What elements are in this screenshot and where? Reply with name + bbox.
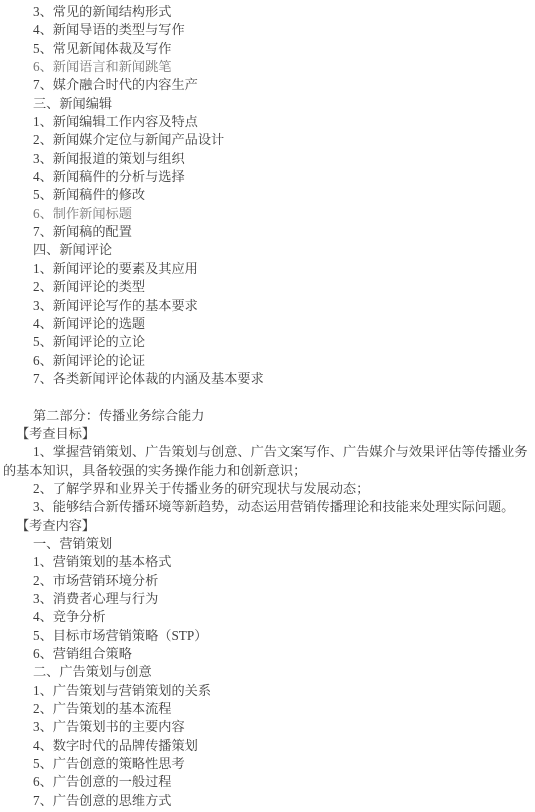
document-line: 1、新闻评论的要素及其应用 [0, 260, 535, 278]
document-line: 6、营销组合策略 [0, 645, 535, 663]
document-line: 5、常见新闻体裁及写作 [0, 40, 535, 58]
document-line: 【考查内容】 [0, 517, 535, 535]
document-line: 的基本知识，具备较强的实务操作能力和创新意识； [0, 462, 535, 480]
document-line: 3、常见的新闻结构形式 [0, 3, 535, 21]
document-line: 4、新闻导语的类型与写作 [0, 21, 535, 39]
document-body: 3、常见的新闻结构形式4、新闻导语的类型与写作5、常见新闻体裁及写作6、新闻语言… [0, 3, 535, 810]
document-page: 3、常见的新闻结构形式4、新闻导语的类型与写作5、常见新闻体裁及写作6、新闻语言… [0, 0, 535, 812]
blank-line [0, 388, 535, 406]
document-line: 1、营销策划的基本格式 [0, 553, 535, 571]
document-line: 1、新闻编辑工作内容及特点 [0, 113, 535, 131]
document-line: 5、新闻稿件的修改 [0, 186, 535, 204]
document-line: 7、广告创意的思维方式 [0, 792, 535, 810]
document-line: 1、广告策划与营销策划的关系 [0, 682, 535, 700]
document-line: 三、新闻编辑 [0, 95, 535, 113]
document-line: 2、新闻媒介定位与新闻产品设计 [0, 131, 535, 149]
document-line: 3、新闻评论写作的基本要求 [0, 297, 535, 315]
document-line: 3、消费者心理与行为 [0, 590, 535, 608]
document-line: 6、新闻评论的论证 [0, 352, 535, 370]
document-line: 2、市场营销环境分析 [0, 572, 535, 590]
document-line: 7、各类新闻评论体裁的内涵及基本要求 [0, 370, 535, 388]
document-line: 4、竞争分析 [0, 608, 535, 626]
document-line: 2、广告策划的基本流程 [0, 700, 535, 718]
document-line: 6、制作新闻标题 [0, 205, 535, 223]
document-line: 3、能够结合新传播环境等新趋势，动态运用营销传播理论和技能来处理实际问题。 [0, 498, 535, 516]
document-line: 2、了解学界和业界关于传播业务的研究现状与发展动态； [0, 480, 535, 498]
document-line: 一、营销策划 [0, 535, 535, 553]
document-line: 3、广告策划书的主要内容 [0, 718, 535, 736]
document-line: 3、新闻报道的策划与组织 [0, 150, 535, 168]
document-line: 7、新闻稿的配置 [0, 223, 535, 241]
document-line: 7、媒介融合时代的内容生产 [0, 76, 535, 94]
document-line: 6、新闻语言和新闻跳笔 [0, 58, 535, 76]
document-line: 2、新闻评论的类型 [0, 278, 535, 296]
document-line: 4、新闻稿件的分析与选择 [0, 168, 535, 186]
document-line: 5、目标市场营销策略（STP） [0, 627, 535, 645]
document-line: 4、数字时代的品牌传播策划 [0, 737, 535, 755]
document-line: 1、掌握营销策划、广告策划与创意、广告文案写作、广告媒介与效果评估等传播业务 [0, 443, 535, 461]
document-line: 四、新闻评论 [0, 241, 535, 259]
document-line: 【考查目标】 [0, 425, 535, 443]
document-line: 4、新闻评论的选题 [0, 315, 535, 333]
document-line: 5、新闻评论的立论 [0, 333, 535, 351]
document-line: 二、广告策划与创意 [0, 663, 535, 681]
document-line: 第二部分：传播业务综合能力 [0, 407, 535, 425]
document-line: 5、广告创意的策略性思考 [0, 755, 535, 773]
document-line: 6、广告创意的一般过程 [0, 773, 535, 791]
